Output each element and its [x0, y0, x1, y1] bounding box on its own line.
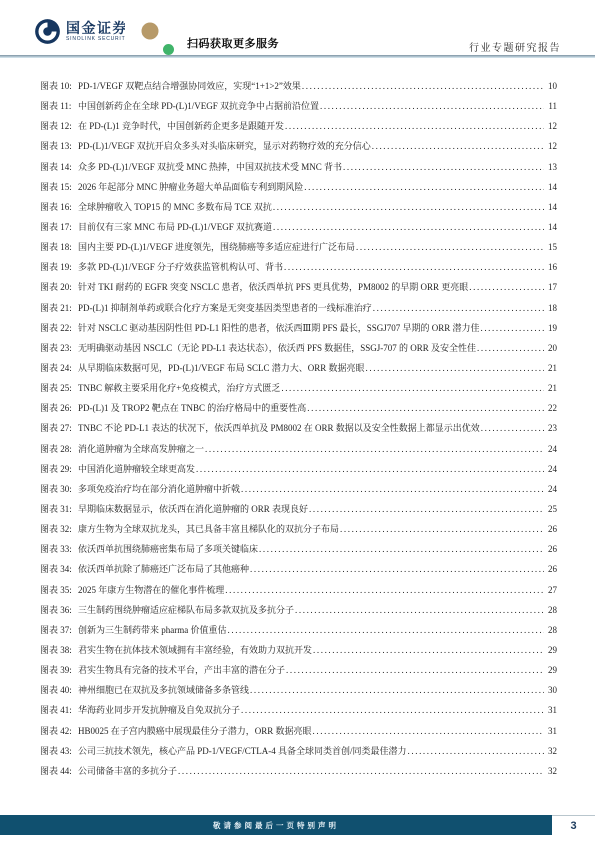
toc-entry-title: HB0025 在子宫内膜癌中展现最佳分子潜力，ORR 数据亮眼: [78, 724, 312, 737]
toc-entry[interactable]: 图表 17: 目前仅有三家 MNC 布局 PD-(L)1/VEGF 双抗赛道 1…: [40, 220, 557, 240]
toc-entry-page: 21: [547, 383, 557, 393]
dot-leader: [250, 564, 544, 574]
dot-leader: [313, 726, 544, 736]
toc-entry-label: 图表 40:: [40, 683, 78, 696]
toc-entry-page: 14: [547, 202, 557, 212]
page-number: 3: [552, 815, 595, 835]
report-type-label: 行业专题研究报告: [469, 39, 561, 54]
toc-entry-page: 23: [547, 423, 557, 433]
dot-leader: [178, 766, 544, 776]
toc-entry-page: 24: [547, 464, 557, 474]
toc-entry[interactable]: 图表 16: 全球肿瘤收入 TOP15 的 MNC 多数布局 TCE 双抗 14: [40, 200, 557, 220]
toc-entry-page: 14: [547, 222, 557, 232]
toc-entry-label: 图表 22:: [40, 321, 78, 334]
figure-toc-list: 图表 10: PD-1/VEGF 双靶点结合增强协同效应，实现“1+1>2”效果…: [40, 79, 557, 784]
toc-entry-page: 25: [547, 504, 557, 514]
toc-entry-label: 图表 32:: [40, 522, 78, 535]
toc-entry-label: 图表 23:: [40, 341, 78, 354]
toc-entry-page: 32: [547, 746, 557, 756]
toc-entry[interactable]: 图表 36: 三生制药围绕肿瘤适应症梯队布局多款双抗及多抗分子 28: [40, 603, 557, 623]
toc-entry-page: 24: [547, 484, 557, 494]
toc-entry-title: 君实生物具有完备的技术平台，产出丰富的潜在分子: [78, 663, 285, 676]
toc-entry-label: 图表 31:: [40, 502, 78, 515]
dot-leader: [225, 585, 544, 595]
toc-entry-title: 君实生物在抗体技术领域拥有丰富经验，有效助力双抗开发: [78, 643, 312, 656]
toc-entry-label: 图表 28:: [40, 442, 78, 455]
toc-entry-title: 创新为三生制药带来 pharma 价值重估: [78, 623, 227, 636]
dot-leader: [250, 685, 544, 695]
dot-leader: [313, 645, 544, 655]
toc-entry[interactable]: 图表 39: 君实生物具有完备的技术平台，产出丰富的潜在分子 29: [40, 663, 557, 683]
dot-leader: [286, 665, 544, 675]
toc-entry[interactable]: 图表 21: PD-(L)1 抑制剂单药或联合化疗方案是无突变基因类型患者的一线…: [40, 301, 557, 321]
toc-entry-title: 康方生物为全球双抗龙头，其已具备丰富且梯队化的双抗分子布局: [78, 522, 339, 535]
toc-entry[interactable]: 图表 14: 众多 PD-(L)1/VEGF 双抗受 MNC 热捧，中国双抗技术…: [40, 160, 557, 180]
dot-leader: [259, 544, 544, 554]
toc-entry-label: 图表 37:: [40, 623, 78, 636]
toc-entry-label: 图表 16:: [40, 200, 78, 213]
toc-entry-page: 24: [547, 444, 557, 454]
toc-entry-title: 神州细胞已在双抗及多抗领域储备多条管线: [78, 683, 249, 696]
toc-entry[interactable]: 图表 10: PD-1/VEGF 双靶点结合增强协同效应，实现“1+1>2”效果…: [40, 79, 557, 99]
header-divider: [0, 55, 595, 58]
toc-entry-title: 多款 PD-(L)1/VEGF 分子疗效获监管机构认可、背书: [78, 260, 283, 273]
toc-entry-page: 31: [547, 705, 557, 715]
toc-entry-label: 图表 39:: [40, 663, 78, 676]
toc-entry-page: 32: [547, 766, 557, 776]
toc-entry-page: 12: [547, 121, 557, 131]
toc-entry[interactable]: 图表 31: 早期临床数据显示，依沃西在消化道肿瘤的 ORR 表现良好 25: [40, 502, 557, 522]
toc-entry-title: 华海药业同步开发抗肿瘤及自免双抗分子: [78, 703, 240, 716]
toc-entry-title: 消化道肿瘤为全球高发肿瘤之一: [78, 442, 204, 455]
toc-entry-title: PD-1/VEGF 双靶点结合增强协同效应，实现“1+1>2”效果: [78, 79, 301, 92]
toc-entry-label: 图表 42:: [40, 724, 78, 737]
toc-entry-page: 10: [547, 81, 557, 91]
toc-entry-label: 图表 33:: [40, 542, 78, 555]
dot-leader: [273, 222, 544, 232]
toc-entry-page: 26: [547, 544, 557, 554]
toc-entry-page: 30: [547, 685, 557, 695]
dot-leader: [295, 605, 544, 615]
toc-entry[interactable]: 图表 33: 依沃西单抗围绕肺癌密集布局了多项关键临床 26: [40, 542, 557, 562]
toc-entry-label: 图表 26:: [40, 401, 78, 414]
toc-entry-title: 中国消化道肿瘤较全球更高发: [78, 462, 195, 475]
toc-entry-title: 全球肿瘤收入 TOP15 的 MNC 多数布局 TCE 双抗: [78, 200, 272, 213]
dot-leader: [320, 101, 544, 111]
toc-entry-title: 三生制药围绕肿瘤适应症梯队布局多款双抗及多抗分子: [78, 603, 294, 616]
qr-code: [125, 6, 174, 55]
toc-entry-label: 图表 24:: [40, 361, 78, 374]
dot-leader: [284, 262, 544, 272]
toc-entry[interactable]: 图表 13: PD-(L)1/VEGF 双抗开启众多头对头临床研究，显示对药物疗…: [40, 139, 557, 159]
toc-entry-title: PD-(L)1 抑制剂单药或联合化疗方案是无突变基因类型患者的一线标准治疗: [78, 301, 372, 314]
toc-entry-title: 公司三抗技术领先，核心产品 PD-1/VEGF/CTLA-4 具备全球同类首创/…: [78, 744, 407, 757]
toc-entry[interactable]: 图表 35: 2025 年康方生物潜在的催化事件梳理 27: [40, 583, 557, 603]
toc-entry-title: 公司储备丰富的多抗分子: [78, 764, 177, 777]
toc-entry-label: 图表 13:: [40, 139, 78, 152]
toc-entry-page: 20: [547, 343, 557, 353]
toc-entry-page: 29: [547, 665, 557, 675]
toc-entry-title: 早期临床数据显示，依沃西在消化道肿瘤的 ORR 表现良好: [78, 502, 308, 515]
toc-entry-page: 27: [547, 585, 557, 595]
toc-entry-label: 图表 38:: [40, 643, 78, 656]
toc-entry-title: 众多 PD-(L)1/VEGF 双抗受 MNC 热捧，中国双抗技术受 MNC 背…: [78, 160, 342, 173]
toc-entry-page: 13: [547, 162, 557, 172]
toc-entry-label: 图表 35:: [40, 583, 78, 596]
dot-leader: [356, 242, 544, 252]
toc-entry-page: 17: [547, 282, 557, 292]
toc-entry-page: 19: [547, 323, 557, 333]
toc-entry[interactable]: 图表 24: 从早期临床数据可见，PD-(L)1/VEGF 布局 SCLC 潜力…: [40, 361, 557, 381]
toc-entry-title: 针对 TKI 耐药的 EGFR 突变 NSCLC 患者，依沃西单抗 PFS 更具…: [78, 280, 468, 293]
toc-entry-label: 图表 20:: [40, 280, 78, 293]
dot-leader: [477, 343, 544, 353]
sinolink-logo-icon: [34, 18, 61, 45]
toc-entry[interactable]: 图表 28: 消化道肿瘤为全球高发肿瘤之一 24: [40, 442, 557, 462]
dot-leader: [302, 81, 544, 91]
dot-leader: [273, 202, 544, 212]
toc-entry[interactable]: 图表 30: 多项免疫治疗均在部分消化道肿瘤中折戟 24: [40, 482, 557, 502]
toc-entry[interactable]: 图表 29: 中国消化道肿瘤较全球更高发 24: [40, 462, 557, 482]
dot-leader: [372, 141, 544, 151]
dot-leader: [469, 282, 544, 292]
toc-entry-page: 28: [547, 605, 557, 615]
toc-entry-title: 2026 年起部分 MNC 肿瘤业务超大单品面临专利到期风险: [78, 180, 303, 193]
toc-entry-title: PD-(L)1/VEGF 双抗开启众多头对头临床研究，显示对药物疗效的充分信心: [78, 139, 371, 152]
toc-entry[interactable]: 图表 43: 公司三抗技术领先，核心产品 PD-1/VEGF/CTLA-4 具备…: [40, 744, 557, 764]
toc-entry-title: 多项免疫治疗均在部分消化道肿瘤中折戟: [78, 482, 240, 495]
dot-leader: [228, 625, 545, 635]
toc-entry-title: 依沃西单抗围绕肺癌密集布局了多项关键临床: [78, 542, 258, 555]
dot-leader: [285, 121, 544, 131]
toc-entry-title: 从早期临床数据可见，PD-(L)1/VEGF 布局 SCLC 潜力大、ORR 数…: [78, 361, 365, 374]
toc-entry-page: 26: [547, 524, 557, 534]
toc-entry-title: TNBC 不论 PD-L1 表达的状况下，依沃西单抗及 PM8002 在 ORR…: [78, 421, 480, 434]
toc-entry[interactable]: 图表 38: 君实生物在抗体技术领域拥有丰富经验，有效助力双抗开发 29: [40, 643, 557, 663]
report-page: 国金证券 SINOLINK SECURITIES 扫码获取更多服务 行业专题研究…: [0, 0, 595, 842]
dot-leader: [480, 323, 544, 333]
toc-entry-page: 14: [547, 182, 557, 192]
toc-entry[interactable]: 图表 23: 无明确驱动基因 NSCLC（无论 PD-L1 表达状态），依沃西 …: [40, 341, 557, 361]
toc-entry[interactable]: 图表 19: 多款 PD-(L)1/VEGF 分子疗效获监管机构认可、背书 16: [40, 260, 557, 280]
toc-entry-label: 图表 12:: [40, 119, 78, 132]
toc-entry-label: 图表 15:: [40, 180, 78, 193]
toc-entry-page: 12: [547, 141, 557, 151]
toc-entry-page: 28: [547, 625, 557, 635]
toc-entry[interactable]: 图表 40: 神州细胞已在双抗及多抗领域储备多条管线 30: [40, 683, 557, 703]
dot-leader: [205, 444, 544, 454]
toc-entry[interactable]: 图表 11: 中国创新药企在全球 PD-(L)1/VEGF 双抗竞争中占据前沿位…: [40, 99, 557, 119]
toc-entry-page: 18: [547, 303, 557, 313]
toc-entry-label: 图表 17:: [40, 220, 78, 233]
toc-entry-label: 图表 18:: [40, 240, 78, 253]
toc-entry[interactable]: 图表 12: 在 PD-(L)1 竞争时代，中国创新药企更多是跟随开发 12: [40, 119, 557, 139]
toc-entry[interactable]: 图表 37: 创新为三生制药带来 pharma 价值重估 28: [40, 623, 557, 643]
dot-leader: [304, 182, 544, 192]
toc-entry-page: 15: [547, 242, 557, 252]
toc-entry-title: 针对 NSCLC 驱动基因阴性但 PD-L1 阳性的患者，依沃西Ⅲ期 PFS 最…: [78, 321, 479, 334]
toc-entry-title: 2025 年康方生物潜在的催化事件梳理: [78, 583, 224, 596]
toc-entry-label: 图表 19:: [40, 260, 78, 273]
footer-disclaimer: 敬请参阅最后一页特别声明: [0, 815, 552, 835]
toc-entry-title: 依沃西单抗除了肺癌还广泛布局了其他癌种: [78, 562, 249, 575]
qr-caption: 扫码获取更多服务: [187, 35, 279, 51]
toc-entry-title: 在 PD-(L)1 竞争时代，中国创新药企更多是跟随开发: [78, 119, 284, 132]
qr-center-logo: [139, 20, 160, 41]
toc-entry-label: 图表 44:: [40, 764, 78, 777]
toc-entry-title: 无明确驱动基因 NSCLC（无论 PD-L1 表达状态），依沃西 PFS 数据佳…: [78, 341, 476, 354]
toc-entry-label: 图表 27:: [40, 421, 78, 434]
page-footer: 敬请参阅最后一页特别声明 3: [0, 815, 595, 835]
dot-leader: [343, 162, 544, 172]
dot-leader: [373, 303, 544, 313]
toc-entry-label: 图表 29:: [40, 462, 78, 475]
toc-entry[interactable]: 图表 44: 公司储备丰富的多抗分子 32: [40, 764, 557, 784]
toc-entry-label: 图表 11:: [40, 99, 78, 112]
toc-entry-page: 26: [547, 564, 557, 574]
dot-leader: [281, 383, 544, 393]
page-header: 国金证券 SINOLINK SECURITIES 扫码获取更多服务 行业专题研究…: [0, 0, 595, 57]
dot-leader: [481, 423, 544, 433]
toc-entry[interactable]: 图表 26: PD-(L)1 及 TROP2 靶点在 TNBC 的治疗格局中的重…: [40, 401, 557, 421]
toc-entry-title: 目前仅有三家 MNC 布局 PD-(L)1/VEGF 双抗赛道: [78, 220, 272, 233]
toc-entry-label: 图表 36:: [40, 603, 78, 616]
brand-logo: 国金证券 SINOLINK SECURITIES: [34, 18, 136, 45]
toc-entry-page: 21: [547, 363, 557, 373]
toc-entry-label: 图表 10:: [40, 79, 78, 92]
toc-entry[interactable]: 图表 41: 华海药业同步开发抗肿瘤及自免双抗分子 31: [40, 703, 557, 723]
toc-entry-label: 图表 25:: [40, 381, 78, 394]
toc-entry-page: 16: [547, 262, 557, 272]
dot-leader: [196, 464, 544, 474]
toc-entry[interactable]: 图表 32: 康方生物为全球双抗龙头，其已具备丰富且梯队化的双抗分子布局 26: [40, 522, 557, 542]
toc-entry[interactable]: 图表 20: 针对 TKI 耐药的 EGFR 突变 NSCLC 患者，依沃西单抗…: [40, 280, 557, 300]
toc-entry-page: 22: [547, 403, 557, 413]
dot-leader: [366, 363, 544, 373]
toc-entry-title: TNBC 解救主要采用化疗+免疫模式，治疗方式匮乏: [78, 381, 280, 394]
toc-entry-label: 图表 30:: [40, 482, 78, 495]
toc-entry-page: 31: [547, 726, 557, 736]
dot-leader: [408, 746, 544, 756]
toc-entry-title: 中国创新药企在全球 PD-(L)1/VEGF 双抗竞争中占据前沿位置: [78, 99, 319, 112]
toc-entry[interactable]: 图表 18: 国内主要 PD-(L)1/VEGF 进度领先，围绕肺癌等多适应症进…: [40, 240, 557, 260]
toc-entry-page: 11: [547, 101, 557, 111]
toc-entry-page: 29: [547, 645, 557, 655]
toc-entry[interactable]: 图表 27: TNBC 不论 PD-L1 表达的状况下，依沃西单抗及 PM800…: [40, 421, 557, 441]
dot-leader: [307, 403, 544, 413]
toc-entry-label: 图表 21:: [40, 301, 78, 314]
dot-leader: [309, 504, 544, 514]
toc-entry[interactable]: 图表 15: 2026 年起部分 MNC 肿瘤业务超大单品面临专利到期风险 14: [40, 180, 557, 200]
toc-entry[interactable]: 图表 25: TNBC 解救主要采用化疗+免疫模式，治疗方式匮乏 21: [40, 381, 557, 401]
toc-entry-title: PD-(L)1 及 TROP2 靶点在 TNBC 的治疗格局中的重要性高: [78, 401, 306, 414]
toc-entry-label: 图表 41:: [40, 703, 78, 716]
dot-leader: [340, 524, 544, 534]
dot-leader: [241, 705, 544, 715]
dot-leader: [241, 484, 544, 494]
toc-entry[interactable]: 图表 34: 依沃西单抗除了肺癌还广泛布局了其他癌种 26: [40, 562, 557, 582]
toc-entry-label: 图表 14:: [40, 160, 78, 173]
toc-entry[interactable]: 图表 42: HB0025 在子宫内膜癌中展现最佳分子潜力，ORR 数据亮眼 3…: [40, 724, 557, 744]
toc-entry-label: 图表 34:: [40, 562, 78, 575]
toc-entry-label: 图表 43:: [40, 744, 78, 757]
toc-entry-title: 国内主要 PD-(L)1/VEGF 进度领先，围绕肺癌等多适应症进行广泛布局: [78, 240, 355, 253]
toc-entry[interactable]: 图表 22: 针对 NSCLC 驱动基因阴性但 PD-L1 阳性的患者，依沃西Ⅲ…: [40, 321, 557, 341]
